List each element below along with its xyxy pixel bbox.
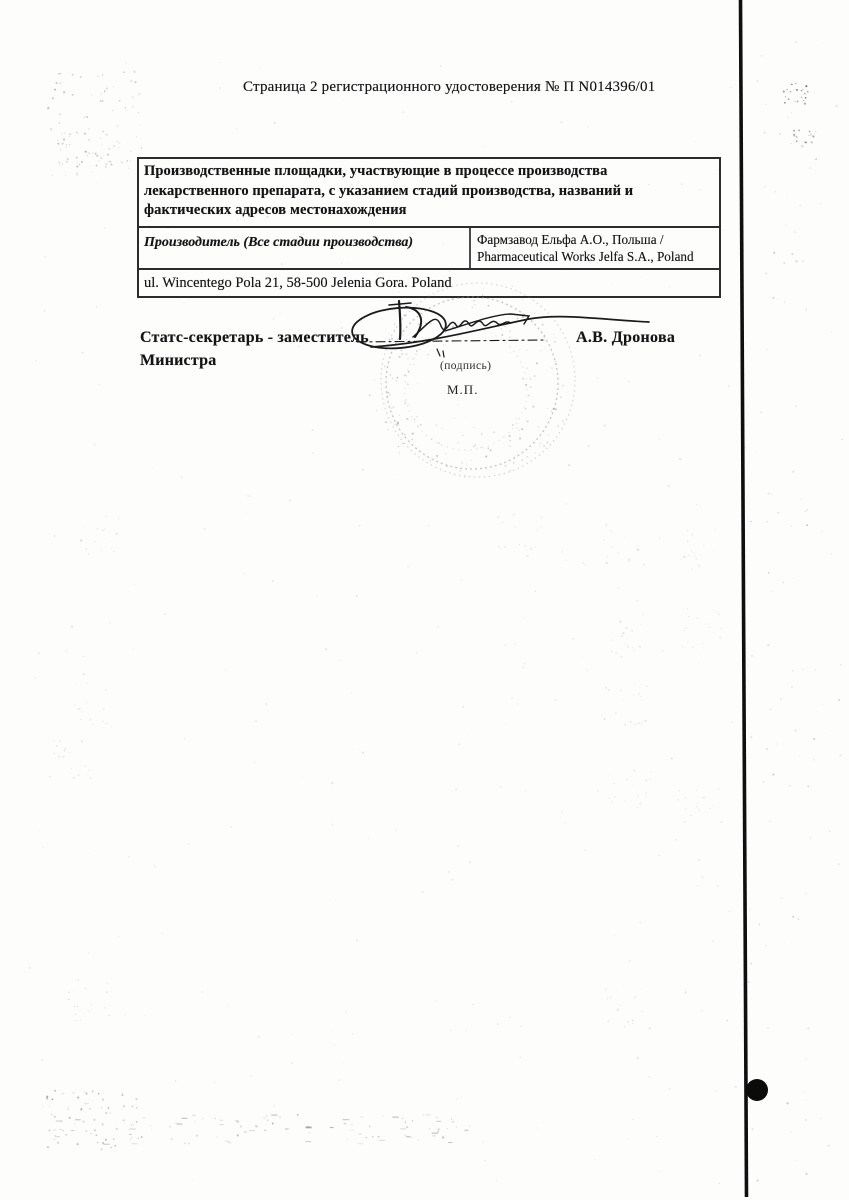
producer-label-cell: Производитель (Все стадии производства): [139, 228, 469, 268]
page-title: Страница 2 регистрационного удостоверени…: [243, 78, 663, 96]
producer-value-cell: Фармзавод Ельфа А.О., Польша / Pharmaceu…: [469, 228, 719, 268]
table-row: Производитель (Все стадии производства) …: [139, 228, 719, 270]
scan-edge-line: [741, 0, 747, 1197]
signatory-title: Статс-секретарь - заместитель Министра: [140, 327, 386, 372]
punch-hole-mark: [746, 1079, 768, 1101]
signatory-name: А.В. Дронова: [576, 329, 675, 347]
table-header-cell: Производственные площадки, участвующие в…: [139, 159, 719, 228]
scanned-certificate-page: Страница 2 регистрационного удостоверени…: [0, 0, 849, 1200]
stamp-place-label: М.П.: [447, 382, 478, 398]
stamp-seal: [381, 283, 575, 477]
production-sites-table: Производственные площадки, участвующие в…: [137, 157, 721, 298]
address-cell: ul. Wincentego Pola 21, 58-500 Jelenia G…: [139, 270, 719, 296]
signature-caption: (подпись): [440, 360, 491, 372]
